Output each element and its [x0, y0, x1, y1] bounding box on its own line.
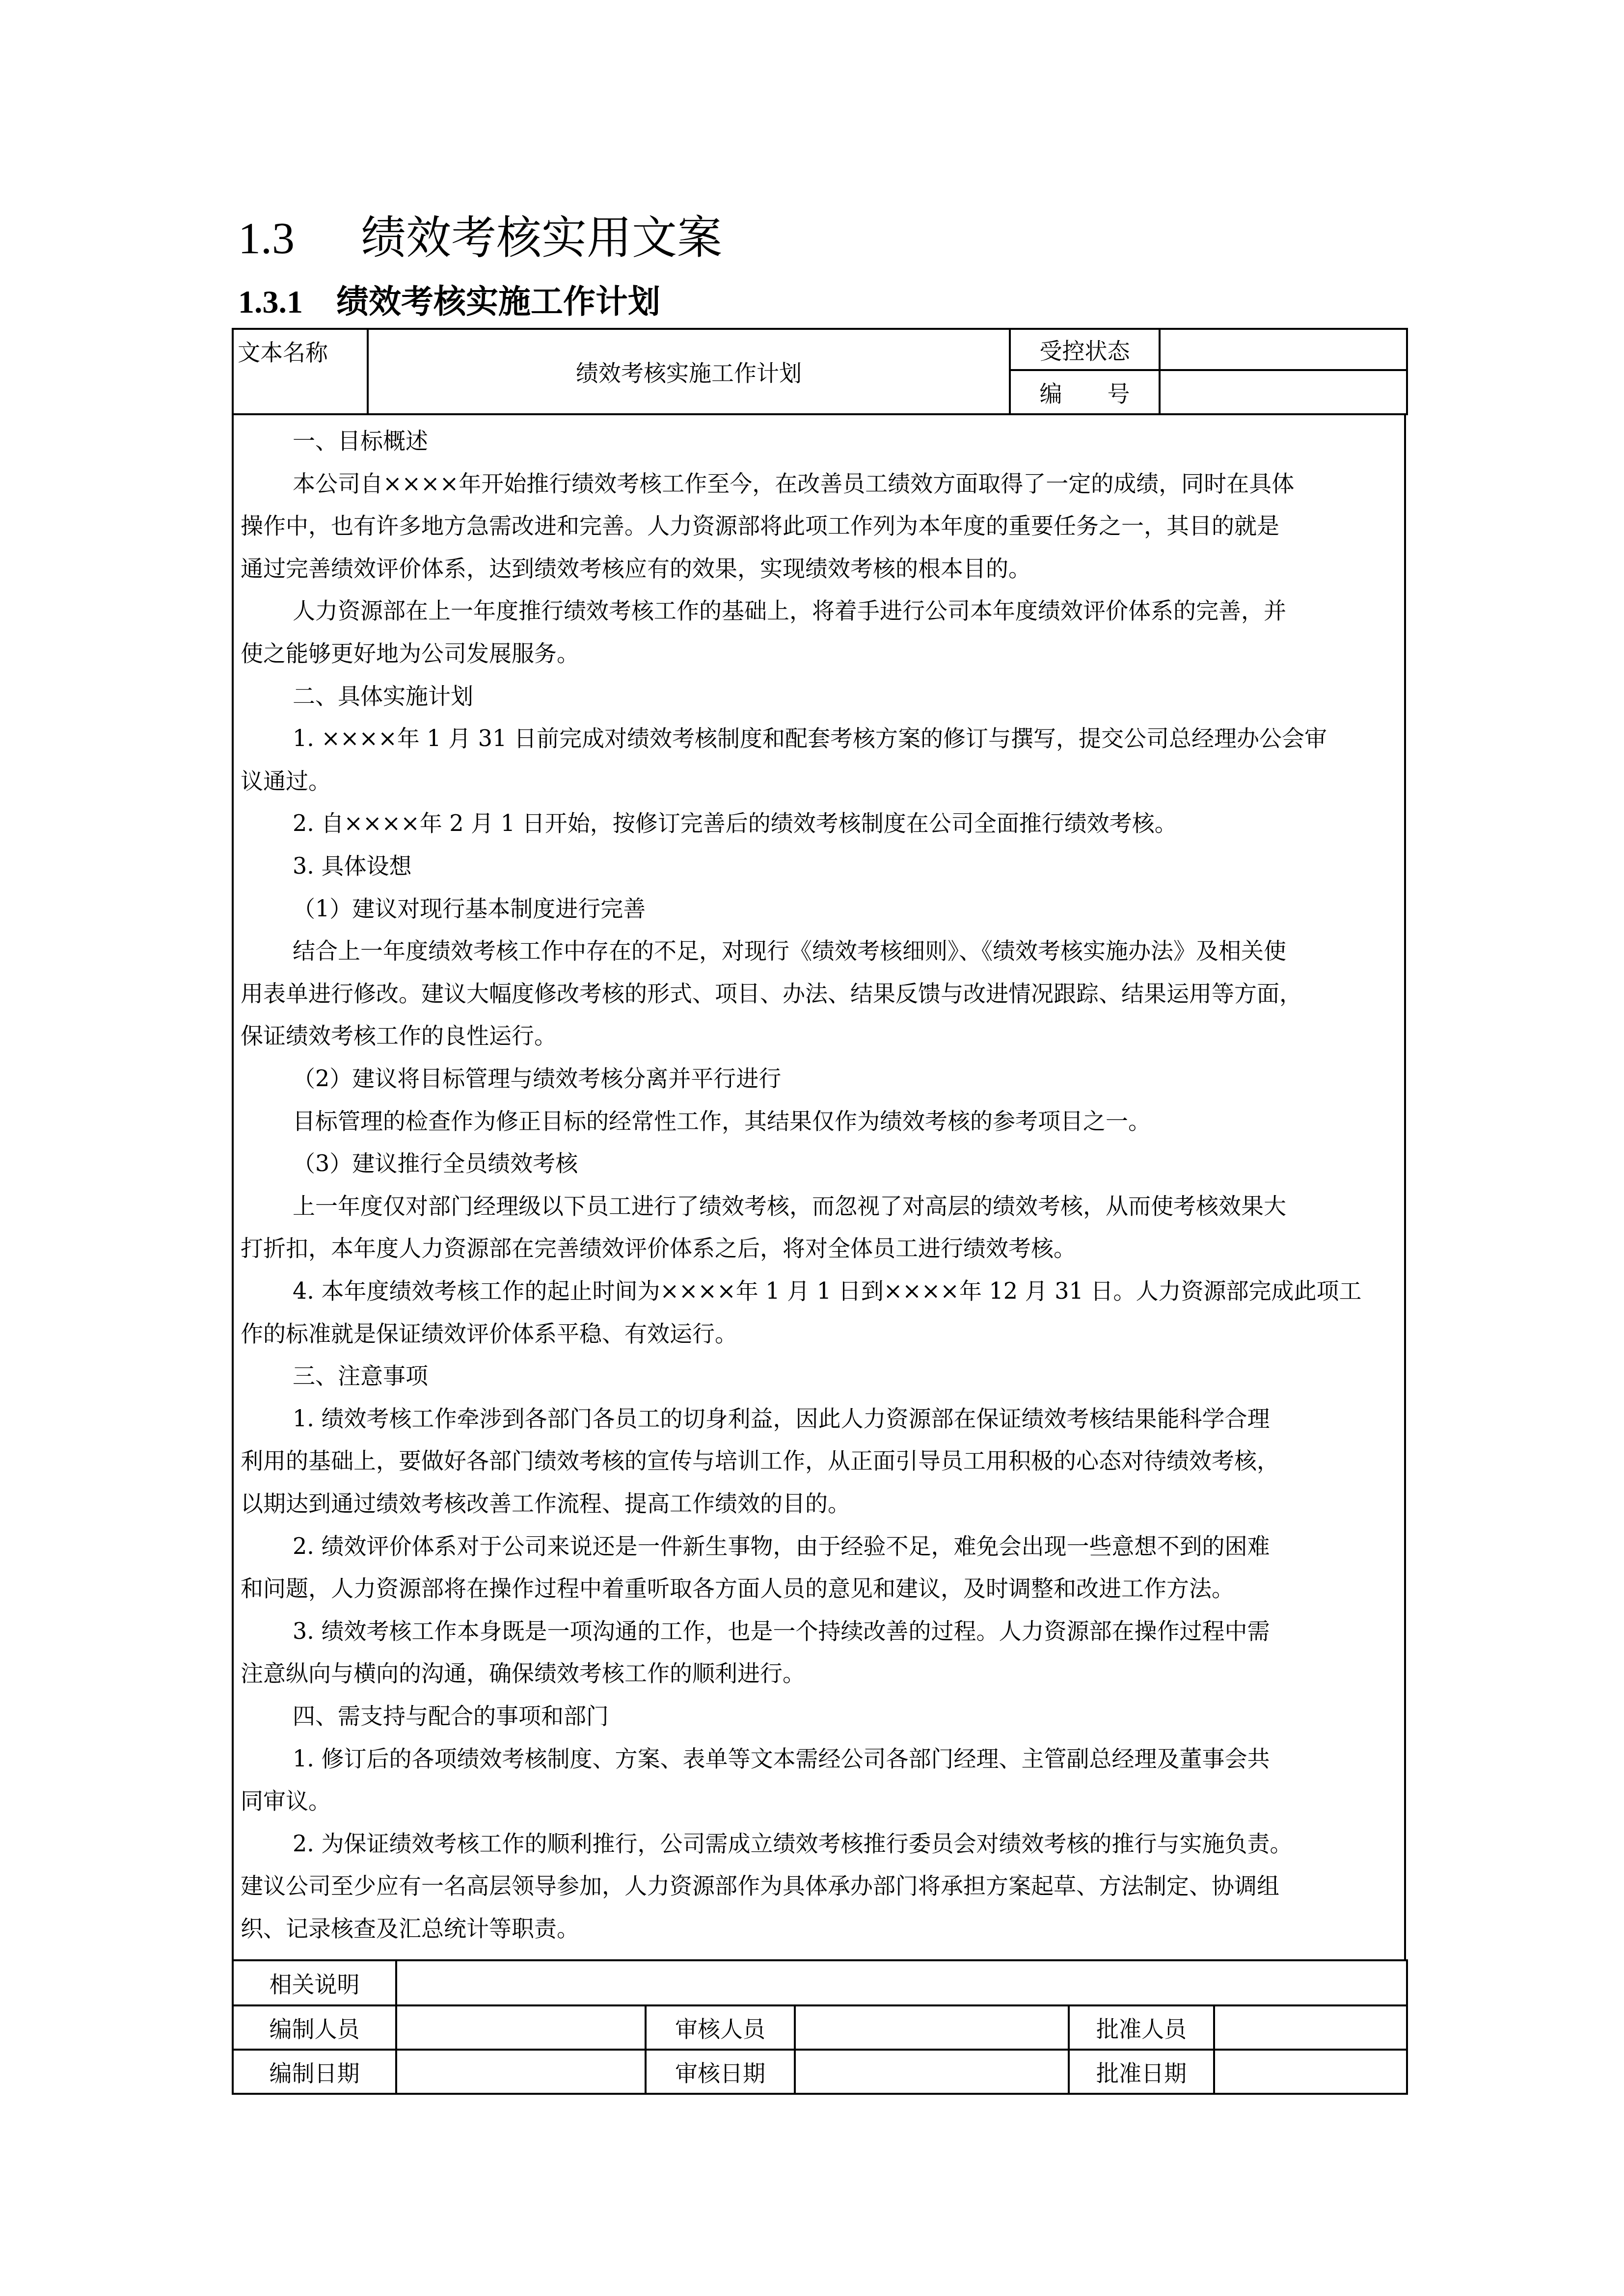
body-line: （1）建议对现行基本制度进行完善 — [293, 894, 646, 923]
doc-number-value — [1160, 370, 1407, 414]
body-line: 1. ××××年 1 月 31 日前完成对绩效考核制度和配套考核方案的修订与撰写… — [293, 723, 1327, 753]
prepared-date-value — [396, 2050, 646, 2094]
body-line: 4. 本年度绩效考核工作的起止时间为××××年 1 月 1 日到××××年 12… — [293, 1276, 1361, 1306]
section-heading: 1.3绩效考核实用文案 — [238, 211, 722, 265]
body-line: 织、记录核查及汇总统计等职责。 — [241, 1914, 579, 1943]
prepared-date-label: 编制日期 — [233, 2050, 396, 2094]
body-line: 人力资源部在上一年度推行绩效考核工作的基础上，将着手进行公司本年度绩效评价体系的… — [293, 596, 1286, 625]
body-line: 3. 绩效考核工作本身既是一项沟通的工作，也是一个持续改善的过程。人力资源部在操… — [293, 1616, 1270, 1646]
body-line: 用表单进行修改。建议大幅度修改考核的形式、项目、办法、结果反馈与改进情况跟踪、结… — [241, 979, 1302, 1008]
body-line: 操作中，也有许多地方急需改进和完善。人力资源部将此项工作列为本年度的重要任务之一… — [241, 511, 1279, 540]
body-line: 2. 为保证绩效考核工作的顺利推行，公司需成立绩效考核推行委员会对绩效考核的推行… — [293, 1829, 1293, 1858]
body-line: 使之能够更好地为公司发展服务。 — [241, 639, 579, 668]
notes-value — [396, 1960, 1407, 2005]
body-line: 结合上一年度绩效考核工作中存在的不足，对现行《绩效考核细则》、《绩效考核实施办法… — [293, 936, 1286, 965]
body-line: 四、需支持与配合的事项和部门 — [293, 1701, 609, 1731]
body-line: 以期达到通过绩效考核改善工作流程、提高工作绩效的目的。 — [241, 1489, 850, 1518]
subsection-number: 1.3.1 — [238, 283, 336, 322]
control-status-label: 受控状态 — [1010, 329, 1160, 370]
body-line: 保证绩效考核工作的良性运行。 — [241, 1021, 557, 1050]
body-line: 和问题，人力资源部将在操作过程中着重听取各方面人员的意见和建议，及时调整和改进工… — [241, 1574, 1234, 1603]
approved-by-label: 批准人员 — [1069, 2005, 1214, 2050]
body-line: 注意纵向与横向的沟通，确保绩效考核工作的顺利进行。 — [241, 1658, 805, 1688]
reviewed-by-label: 审核人员 — [646, 2005, 795, 2050]
subsection-heading: 1.3.1绩效考核实施工作计划 — [238, 282, 660, 322]
body-line: 议通过。 — [241, 766, 331, 796]
doc-name-value: 绩效考核实施工作计划 — [368, 329, 1010, 414]
body-line: 三、注意事项 — [293, 1361, 428, 1390]
body-line: 通过完善绩效评价体系，达到绩效考核应有的效果，实现绩效考核的根本目的。 — [241, 554, 1031, 583]
body-line: 二、具体实施计划 — [293, 681, 473, 711]
approved-date-label: 批准日期 — [1069, 2050, 1214, 2094]
body-line: 利用的基础上，要做好各部门绩效考核的宣传与培训工作，从正面引导员工用积极的心态对… — [241, 1446, 1279, 1475]
section-number: 1.3 — [238, 211, 361, 265]
prepared-by-value — [396, 2005, 646, 2050]
control-status-value — [1160, 329, 1407, 370]
reviewed-by-value — [795, 2005, 1069, 2050]
body-line: 打折扣，本年度人力资源部在完善绩效评价体系之后，将对全体员工进行绩效考核。 — [241, 1233, 1076, 1263]
body-line: 上一年度仅对部门经理级以下员工进行了绩效考核，而忽视了对高层的绩效考核，从而使考… — [293, 1191, 1286, 1221]
body-line: 同审议。 — [241, 1786, 331, 1815]
approved-by-value — [1214, 2005, 1407, 2050]
body-line: （3）建议推行全员绩效考核 — [293, 1148, 578, 1178]
document-footer-table: 相关说明 编制人员 审核人员 批准人员 编制日期 审核日期 批准日期 — [232, 1959, 1408, 2095]
body-line: 一、目标概述 — [293, 426, 428, 455]
body-line: 1. 绩效考核工作牵涉到各部门各员工的切身利益，因此人力资源部在保证绩效考核结果… — [293, 1404, 1270, 1433]
reviewed-date-value — [795, 2050, 1069, 2094]
notes-label: 相关说明 — [233, 1960, 396, 2005]
subsection-title: 绩效考核实施工作计划 — [336, 283, 660, 320]
body-line: 1. 修订后的各项绩效考核制度、方案、表单等文本需经公司各部门经理、主管副总经理… — [293, 1744, 1270, 1773]
body-line: 建议公司至少应有一名高层领导参加，人力资源部作为具体承办部门将承担方案起草、方法… — [241, 1871, 1279, 1900]
body-line: 2. 自××××年 2 月 1 日开始，按修订完善后的绩效考核制度在公司全面推行… — [293, 808, 1177, 838]
body-line: 目标管理的检查作为修正目标的经常性工作，其结果仅作为绩效考核的参考项目之一。 — [293, 1106, 1151, 1136]
document-header-table: 文本名称 绩效考核实施工作计划 受控状态 编 号 — [232, 328, 1408, 415]
reviewed-date-label: 审核日期 — [646, 2050, 795, 2094]
body-line: 2. 绩效评价体系对于公司来说还是一件新生事物，由于经验不足，难免会出现一些意想… — [293, 1531, 1270, 1561]
approved-date-value — [1214, 2050, 1407, 2094]
prepared-by-label: 编制人员 — [233, 2005, 396, 2050]
body-line: （2）建议将目标管理与绩效考核分离并平行进行 — [293, 1064, 781, 1093]
body-line: 作的标准就是保证绩效评价体系平稳、有效运行。 — [241, 1319, 737, 1348]
document-body: 一、目标概述本公司自××××年开始推行绩效考核工作至今，在改善员工绩效方面取得了… — [232, 413, 1406, 1959]
body-line: 3. 具体设想 — [293, 851, 412, 881]
doc-number-label: 编 号 — [1010, 370, 1160, 414]
body-line: 本公司自××××年开始推行绩效考核工作至今，在改善员工绩效方面取得了一定的成绩，… — [293, 469, 1294, 498]
section-title: 绩效考核实用文案 — [361, 212, 722, 264]
doc-name-label: 文本名称 — [233, 329, 368, 414]
